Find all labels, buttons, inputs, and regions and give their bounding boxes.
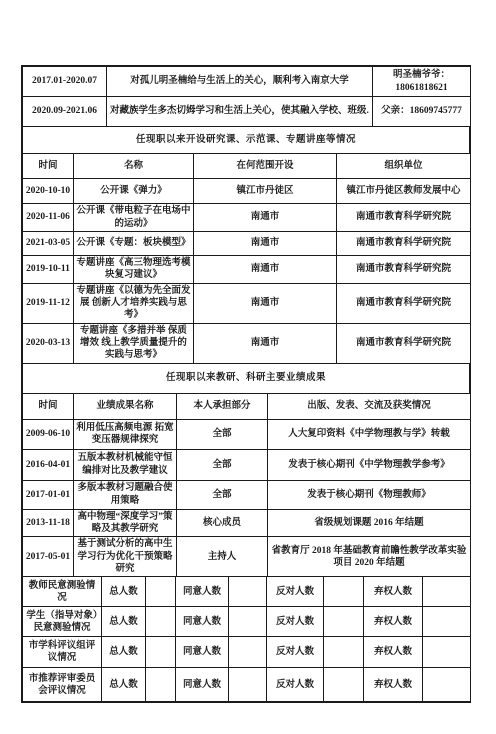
lecture-organizer: 南通市教育科学研究院: [337, 323, 471, 363]
care-contact: 明圣楠爷爷：18061818621: [373, 67, 471, 97]
table-row: 2016-04-01 五版本教材机械能守恒编排对比及教学建议 全部 发表于核心期…: [23, 449, 471, 480]
table-header-row: 时间 业绩成果名称 本人承担部分 出版、发表、交流及获奖情况: [23, 393, 471, 419]
poll-total-value: [146, 637, 176, 668]
poll-agree-label: 同意人数: [176, 607, 229, 637]
care-description: 对孤儿明圣楠给与生活上的关心，顺利考入南京大学: [107, 67, 373, 97]
lecture-organizer: 南通市教育科学研究院: [337, 204, 471, 232]
table-row: 2017-05-01 基于测试分析的高中生学习行为优化干预策略研究 主持人 省教…: [23, 537, 471, 577]
achievement-publication: 人大复印资料《中学物理教与学》转载: [268, 419, 471, 449]
lecture-name: 公开课《专题：板块模型》: [74, 232, 194, 256]
table-row: 2019-11-12 专题讲座《以德为先全面发展 创新人才培养实践与思考》 南通…: [23, 283, 471, 323]
poll-agree-value: [229, 668, 267, 702]
table-row: 市推荐评审委员会评议情况 总人数 同意人数 反对人数 弃权人数: [23, 668, 471, 702]
poll-row-label: 市推荐评审委员会评议情况: [23, 668, 102, 702]
care-period: 2020.09-2021.06: [23, 97, 107, 127]
poll-abstain-value: [423, 668, 471, 702]
table-row: 教师民意测验情况 总人数 同意人数 反对人数 弃权人数: [23, 577, 471, 607]
column-header: 业绩成果名称: [74, 393, 177, 419]
poll-row-label: 学生（指导对象）民意测验情况: [23, 607, 102, 637]
column-header: 本人承担部分: [177, 393, 268, 419]
achievement-role: 全部: [177, 419, 268, 449]
lecture-scope: 南通市: [194, 232, 337, 256]
achievement-name: 基于测试分析的高中生学习行为优化干预策略研究: [74, 537, 177, 577]
poll-total-value: [146, 668, 176, 702]
achievements-section-title: 任现职以来教研、科研主要业绩成果: [23, 363, 470, 393]
achievement-name: 高中物理“深度学习”策略及其教学研究: [74, 509, 177, 537]
poll-abstain-label: 弃权人数: [364, 668, 423, 702]
poll-total-value: [146, 577, 176, 607]
poll-oppose-label: 反对人数: [267, 668, 324, 702]
poll-oppose-label: 反对人数: [267, 637, 324, 668]
achievement-publication: 省教育厅 2018 年基础教育前瞻性教学改革实验项目 2020 年结题: [268, 537, 471, 577]
achievement-date: 2017-05-01: [23, 537, 74, 577]
lecture-name: 公开课《弹力》: [74, 179, 194, 204]
lecture-scope: 镇江市丹徒区: [194, 179, 337, 204]
lectures-section-title: 任现职以来开设研究课、示范课、专题讲座等情况: [23, 127, 470, 154]
achievement-name: 多版本教材习题融合使用策略: [74, 480, 177, 509]
achievement-date: 2009-06-10: [23, 419, 74, 449]
poll-abstain-value: [423, 607, 471, 637]
lecture-organizer: 镇江市丹徒区教师发展中心: [337, 179, 471, 204]
poll-total-label: 总人数: [102, 577, 146, 607]
poll-abstain-value: [423, 577, 471, 607]
achievement-role: 主持人: [177, 537, 268, 577]
poll-abstain-label: 弃权人数: [364, 637, 423, 668]
lecture-scope: 南通市: [194, 256, 337, 284]
table-row: 市学科评议组评议情况 总人数 同意人数 反对人数 弃权人数: [23, 637, 471, 668]
table-header-row: 时间 名称 在何范围开设 组织单位: [23, 154, 471, 179]
lecture-date: 2020-10-10: [23, 179, 74, 204]
achievement-role: 核心成员: [177, 509, 268, 537]
lecture-scope: 南通市: [194, 283, 337, 323]
poll-agree-label: 同意人数: [176, 668, 229, 702]
achievement-date: 2017-01-01: [23, 480, 74, 509]
poll-row-label: 教师民意测验情况: [23, 577, 102, 607]
achievement-publication: 发表于核心期刊《物理教师》: [268, 480, 471, 509]
column-header: 组织单位: [337, 154, 471, 179]
achievement-date: 2016-04-01: [23, 449, 74, 480]
achievement-name: 五版本教材机械能守恒编排对比及教学建议: [74, 449, 177, 480]
column-header: 出版、发表、交流及获奖情况: [268, 393, 471, 419]
table-row: 2020-10-10 公开课《弹力》 镇江市丹徒区 镇江市丹徒区教师发展中心: [23, 179, 471, 204]
column-header: 时间: [23, 393, 74, 419]
table-row: 2020-11-06 公开课《带电粒子在电场中的运动》 南通市 南通市教育科学研…: [23, 204, 471, 232]
teacher-evaluation-form: 2017.01-2020.07 对孤儿明圣楠给与生活上的关心，顺利考入南京大学 …: [21, 65, 471, 703]
lecture-organizer: 南通市教育科学研究院: [337, 256, 471, 284]
column-header: 时间: [23, 154, 74, 179]
lectures-section-title-row: 任现职以来开设研究课、示范课、专题讲座等情况: [22, 126, 470, 154]
achievement-publication: 省级规划课题 2016 年结题: [268, 509, 471, 537]
poll-agree-label: 同意人数: [176, 577, 229, 607]
poll-oppose-value: [324, 607, 364, 637]
lecture-scope: 南通市: [194, 204, 337, 232]
care-description: 对藏族学生多杰切姆学习和生活上关心，使其融入学校、班级.: [107, 97, 373, 127]
care-records-table: 2017.01-2020.07 对孤儿明圣楠给与生活上的关心，顺利考入南京大学 …: [22, 66, 471, 127]
poll-oppose-label: 反对人数: [267, 607, 324, 637]
column-header: 在何范围开设: [194, 154, 337, 179]
achievement-role: 全部: [177, 449, 268, 480]
opinion-poll-table: 教师民意测验情况 总人数 同意人数 反对人数 弃权人数 学生（指导对象）民意测验…: [22, 576, 471, 702]
lecture-name: 专题讲座《以德为先全面发展 创新人才培养实践与思考》: [74, 283, 194, 323]
table-row: 2013-11-18 高中物理“深度学习”策略及其教学研究 核心成员 省级规划课…: [23, 509, 471, 537]
poll-abstain-value: [423, 637, 471, 668]
poll-total-label: 总人数: [102, 668, 146, 702]
poll-oppose-value: [324, 577, 364, 607]
poll-total-label: 总人数: [102, 637, 146, 668]
lecture-date: 2021-03-05: [23, 232, 74, 256]
table-row: 2021-03-05 公开课《专题：板块模型》 南通市 南通市教育科学研究院: [23, 232, 471, 256]
lectures-table: 时间 名称 在何范围开设 组织单位 2020-10-10 公开课《弹力》 镇江市…: [22, 153, 471, 364]
lecture-name: 公开课《带电粒子在电场中的运动》: [74, 204, 194, 232]
poll-agree-value: [229, 607, 267, 637]
poll-total-label: 总人数: [102, 607, 146, 637]
achievements-section-title-row: 任现职以来教研、科研主要业绩成果: [22, 363, 470, 394]
achievement-name: 利用低压高频电源 拓宽变压器规律探究: [74, 419, 177, 449]
achievement-publication: 发表于核心期刊《中学物理教学参考》: [268, 449, 471, 480]
poll-agree-value: [229, 637, 267, 668]
table-row: 学生（指导对象）民意测验情况 总人数 同意人数 反对人数 弃权人数: [23, 607, 471, 637]
achievements-table: 时间 业绩成果名称 本人承担部分 出版、发表、交流及获奖情况 2009-06-1…: [22, 393, 471, 578]
poll-agree-value: [229, 577, 267, 607]
care-period: 2017.01-2020.07: [23, 67, 107, 97]
lecture-name: 专题讲座《多措并举 保质增效 线上教学质量提升的实践与思考》: [74, 323, 194, 363]
lecture-scope: 南通市: [194, 323, 337, 363]
poll-oppose-value: [324, 637, 364, 668]
achievement-date: 2013-11-18: [23, 509, 74, 537]
column-header: 名称: [74, 154, 194, 179]
poll-oppose-label: 反对人数: [267, 577, 324, 607]
achievement-role: 全部: [177, 480, 268, 509]
lecture-date: 2020-11-06: [23, 204, 74, 232]
poll-oppose-value: [324, 668, 364, 702]
poll-abstain-label: 弃权人数: [364, 577, 423, 607]
table-row: 2020-03-13 专题讲座《多措并举 保质增效 线上教学质量提升的实践与思考…: [23, 323, 471, 363]
lecture-date: 2019-11-12: [23, 283, 74, 323]
table-row: 2019-10-11 专题讲座《高三物理选考模块复习建议》 南通市 南通市教育科…: [23, 256, 471, 284]
lecture-organizer: 南通市教育科学研究院: [337, 232, 471, 256]
poll-row-label: 市学科评议组评议情况: [23, 637, 102, 668]
poll-total-value: [146, 607, 176, 637]
lecture-date: 2020-03-13: [23, 323, 74, 363]
table-row: 2017-01-01 多版本教材习题融合使用策略 全部 发表于核心期刊《物理教师…: [23, 480, 471, 509]
poll-abstain-label: 弃权人数: [364, 607, 423, 637]
care-contact: 父亲：18609745777: [373, 97, 471, 127]
table-row: 2017.01-2020.07 对孤儿明圣楠给与生活上的关心，顺利考入南京大学 …: [23, 67, 471, 97]
lecture-organizer: 南通市教育科学研究院: [337, 283, 471, 323]
table-row: 2009-06-10 利用低压高频电源 拓宽变压器规律探究 全部 人大复印资料《…: [23, 419, 471, 449]
lecture-date: 2019-10-11: [23, 256, 74, 284]
table-row: 2020.09-2021.06 对藏族学生多杰切姆学习和生活上关心，使其融入学校…: [23, 97, 471, 127]
lecture-name: 专题讲座《高三物理选考模块复习建议》: [74, 256, 194, 284]
poll-agree-label: 同意人数: [176, 637, 229, 668]
